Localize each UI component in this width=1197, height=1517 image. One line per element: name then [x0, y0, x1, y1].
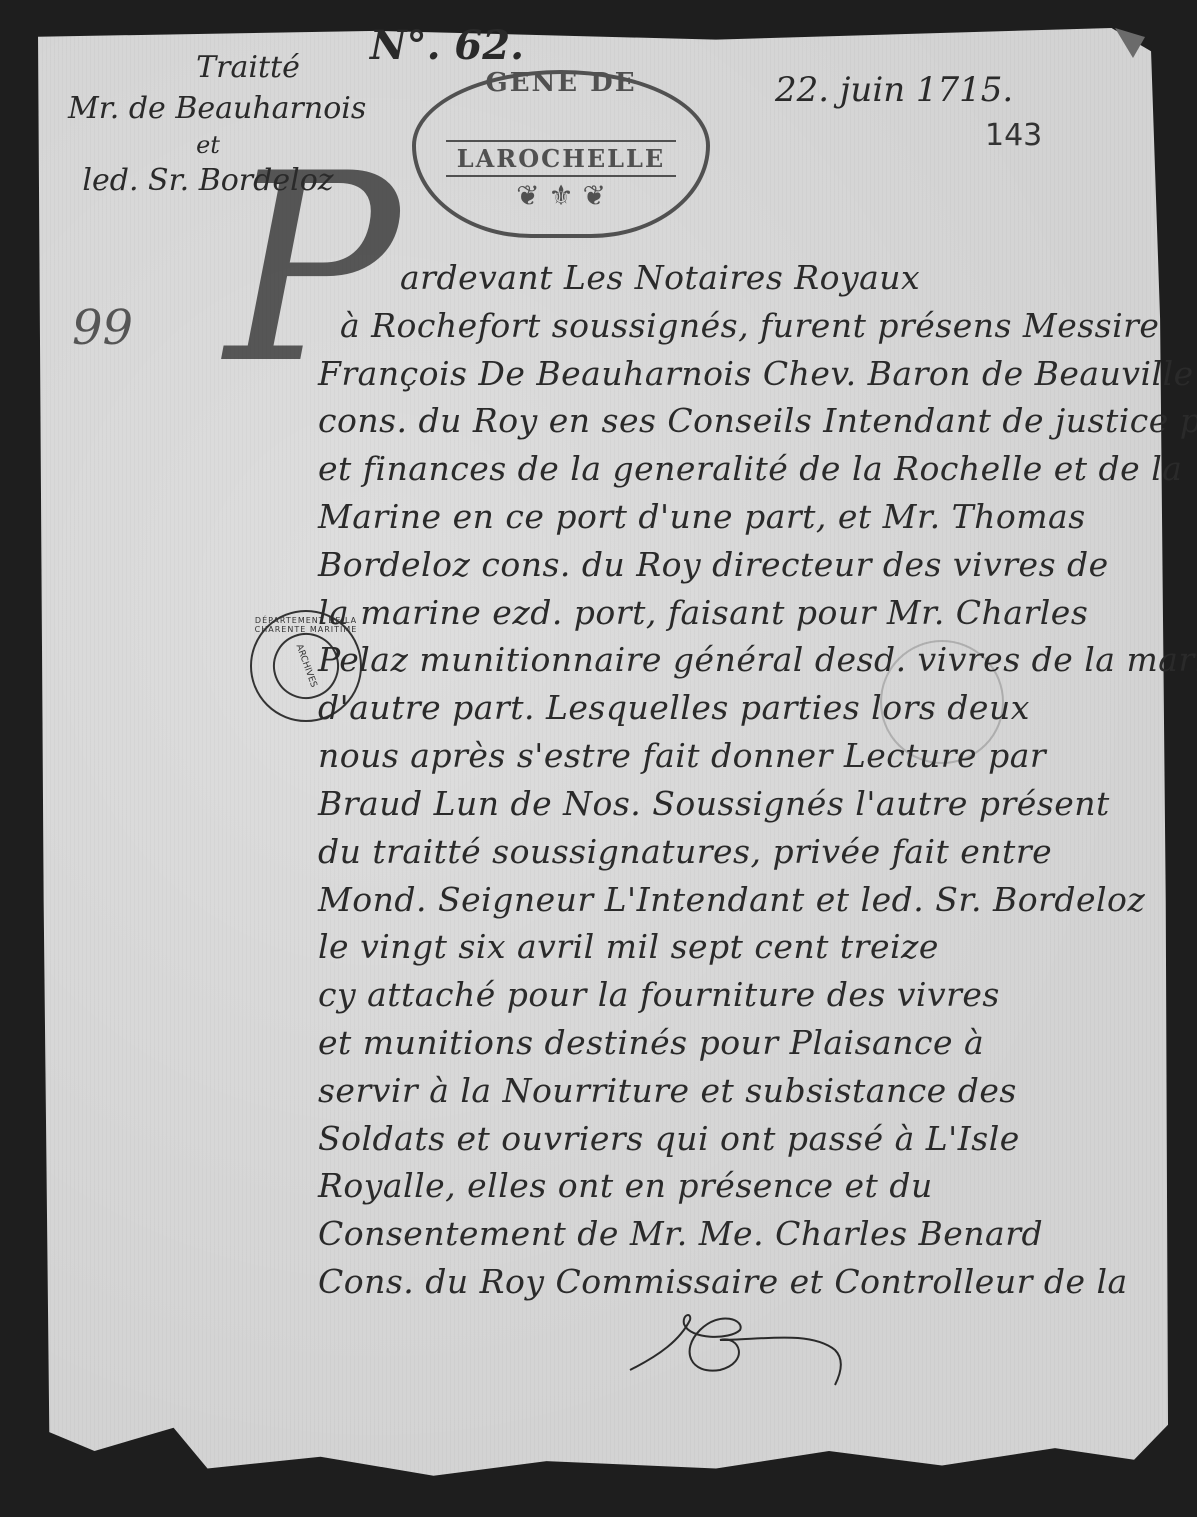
stamp-city-text: LAROCHELLE	[446, 140, 676, 177]
text-line: Bordeloz cons. du Roy directeur des vivr…	[318, 545, 1109, 584]
text-line: d'autre part. Lesquelles parties lors de…	[318, 688, 1030, 727]
text-line: Pelaz munitionnaire général desd. vivres…	[318, 640, 1197, 679]
text-line: Mond. Seigneur L'Intendant et led. Sr. B…	[318, 880, 1145, 919]
fleur-de-lis-ornament-icon: ❦ ⚜ ❦	[416, 179, 706, 212]
stamp-top-text: GENE DE	[416, 68, 706, 98]
text-line: Cons. du Roy Commissaire et Controlleur …	[318, 1262, 1128, 1301]
text-line: Braud Lun de Nos. Soussignés l'autre pré…	[318, 784, 1110, 823]
text-line: du traitté soussignatures, privée fait e…	[318, 832, 1052, 871]
folio-number: 143	[985, 118, 1042, 153]
text-line: le vingt six avril mil sept cent treize	[318, 927, 939, 966]
text-line: nous après s'estre fait donner Lecture p…	[318, 736, 1046, 775]
text-line: François De Beauharnois Chev. Baron de B…	[318, 354, 1194, 393]
signature-flourish-icon	[620, 1300, 860, 1390]
document-number: N°. 62.	[370, 22, 524, 69]
text-line: à Rochefort soussignés, furent présens M…	[340, 306, 1159, 345]
pencil-margin-number: 99	[72, 300, 133, 356]
document-date: 22. juin 1715.	[775, 70, 1013, 110]
text-line: cy attaché pour la fourniture des vivres	[318, 975, 1000, 1014]
text-line: Consentement de Mr. Me. Charles Benard	[318, 1214, 1043, 1253]
generalite-la-rochelle-tax-stamp: GENE DE LAROCHELLE ❦ ⚜ ❦	[412, 70, 710, 238]
text-line: la marine ezd. port, faisant pour Mr. Ch…	[318, 593, 1088, 632]
margin-title-line: Traitté	[68, 48, 348, 89]
text-line: ardevant Les Notaires Royaux	[400, 258, 920, 297]
text-line: servir à la Nourriture et subsistance de…	[318, 1071, 1017, 1110]
text-line: Marine en ce port d'une part, et Mr. Tho…	[318, 497, 1086, 536]
text-line: Royalle, elles ont en présence et du	[318, 1166, 933, 1205]
archives-stamp-label: ARCHIVES	[294, 643, 319, 689]
text-line: cons. du Roy en ses Conseils Intendant d…	[318, 401, 1197, 440]
text-line: et munitions destinés pour Plaisance à	[318, 1023, 984, 1062]
text-line: et finances de la generalité de la Roche…	[318, 449, 1182, 488]
text-line: Soldats et ouvriers qui ont passé à L'Is…	[318, 1119, 1020, 1158]
